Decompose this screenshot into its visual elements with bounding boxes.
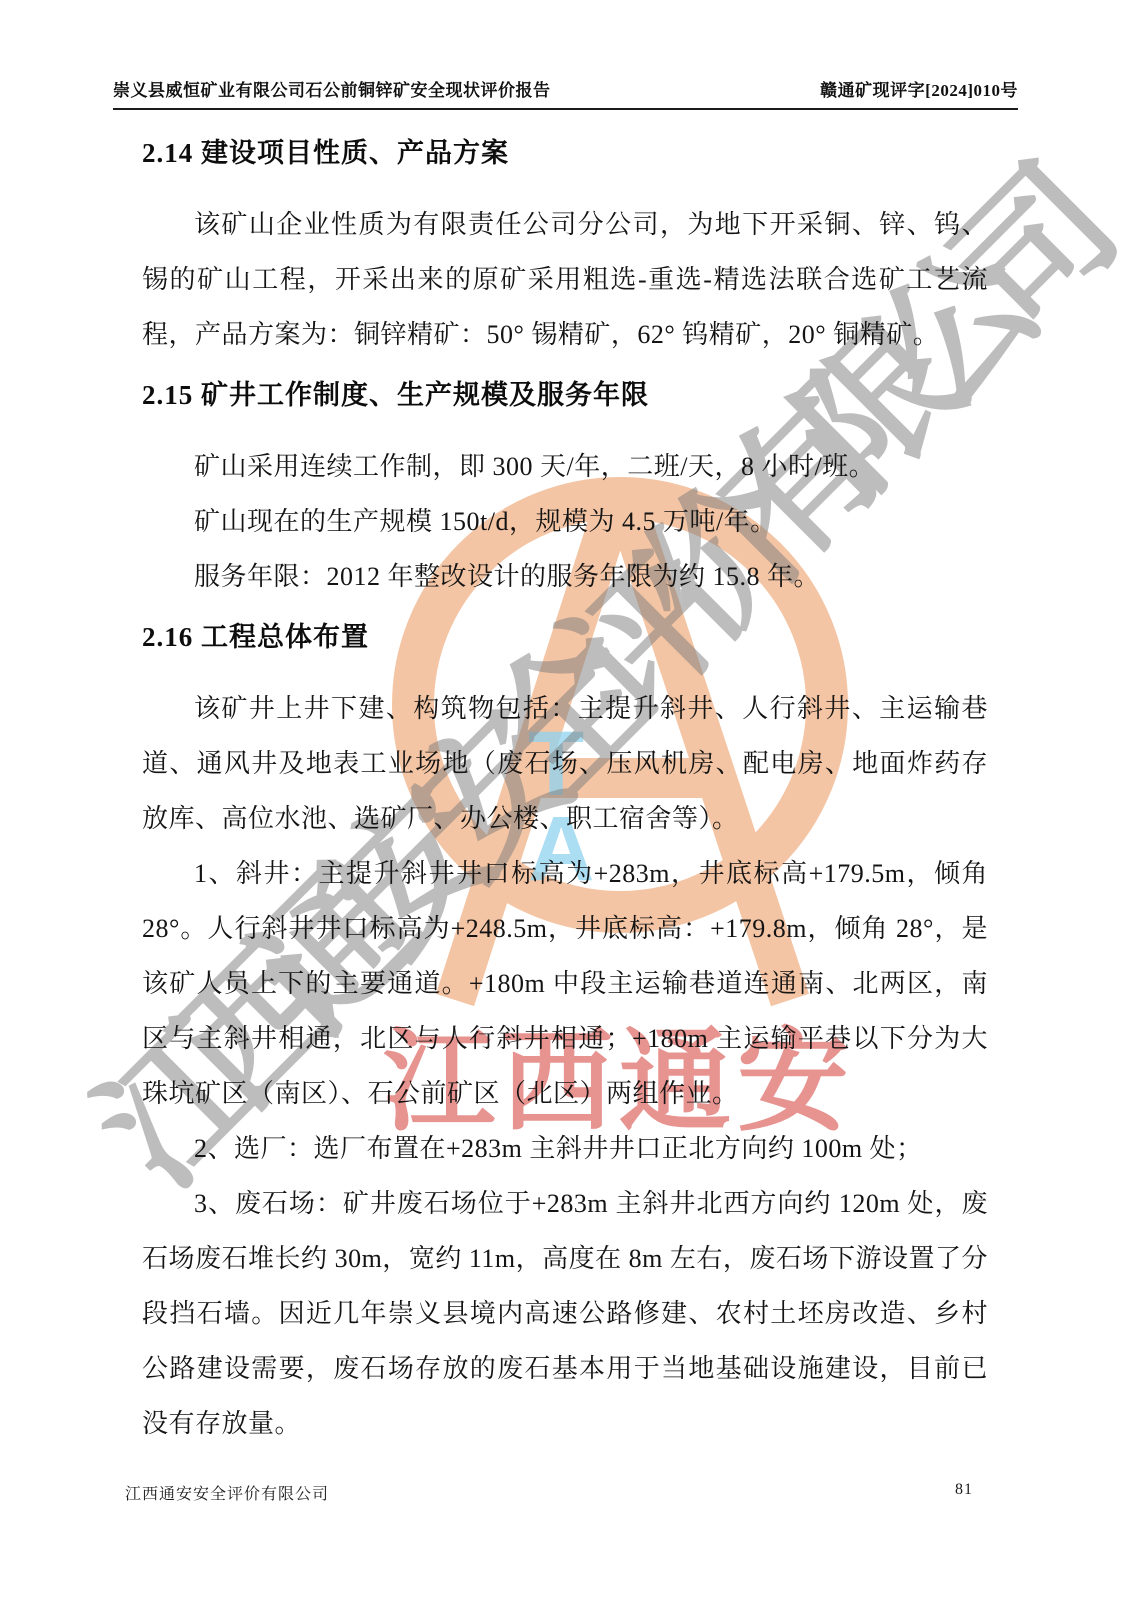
section-heading-2-15: 2.15 矿井工作制度、生产规模及服务年限 <box>142 382 988 409</box>
section-heading-2-16: 2.16 工程总体布置 <box>142 624 988 651</box>
page-footer: 江西通安安全评价有限公司 81 <box>125 1481 973 1504</box>
paragraph-2-15-2: 矿山现在的生产规模 150t/d，规模为 4.5 万吨/年。 <box>142 494 988 549</box>
header-report-title: 崇义县威恒矿业有限公司石公前铜锌矿安全现状评价报告 <box>113 76 551 101</box>
page-header: 崇义县威恒矿业有限公司石公前铜锌矿安全现状评价报告 赣通矿现评字[2024]01… <box>113 76 1018 110</box>
footer-page-number: 81 <box>955 1481 973 1504</box>
paragraph-2-15-1: 矿山采用连续工作制，即 300 天/年，二班/天，8 小时/班。 <box>142 439 988 494</box>
section-heading-2-14: 2.14 建设项目性质、产品方案 <box>142 140 988 167</box>
document-body: 2.14 建设项目性质、产品方案 该矿山企业性质为有限责任公司分公司，为地下开采… <box>142 140 988 1451</box>
paragraph-2-15-3: 服务年限：2012 年整改设计的服务年限为约 15.8 年。 <box>142 549 988 604</box>
paragraph-2-16-2: 1、斜井：主提升斜井井口标高为+283m，井底标高+179.5m，倾角 28°。… <box>142 846 988 1121</box>
paragraph-2-16-1: 该矿井上井下建、构筑物包括：主提升斜井、人行斜井、主运输巷道、通风井及地表工业场… <box>142 681 988 846</box>
paragraph-2-14-1: 该矿山企业性质为有限责任公司分公司，为地下开采铜、锌、钨、锡的矿山工程，开采出来… <box>142 197 988 362</box>
document-page: TA 江西通安安全评价有限公司 江西通安 崇义县威恒矿业有限公司石公前铜锌矿安全… <box>0 0 1131 1600</box>
footer-company-name: 江西通安安全评价有限公司 <box>125 1481 329 1504</box>
paragraph-2-16-3: 2、选厂：选厂布置在+283m 主斜井井口正北方向约 100m 处； <box>142 1121 988 1176</box>
paragraph-2-16-4: 3、废石场：矿井废石场位于+283m 主斜井北西方向约 120m 处，废石场废石… <box>142 1176 988 1451</box>
header-document-number: 赣通矿现评字[2024]010号 <box>820 76 1018 101</box>
